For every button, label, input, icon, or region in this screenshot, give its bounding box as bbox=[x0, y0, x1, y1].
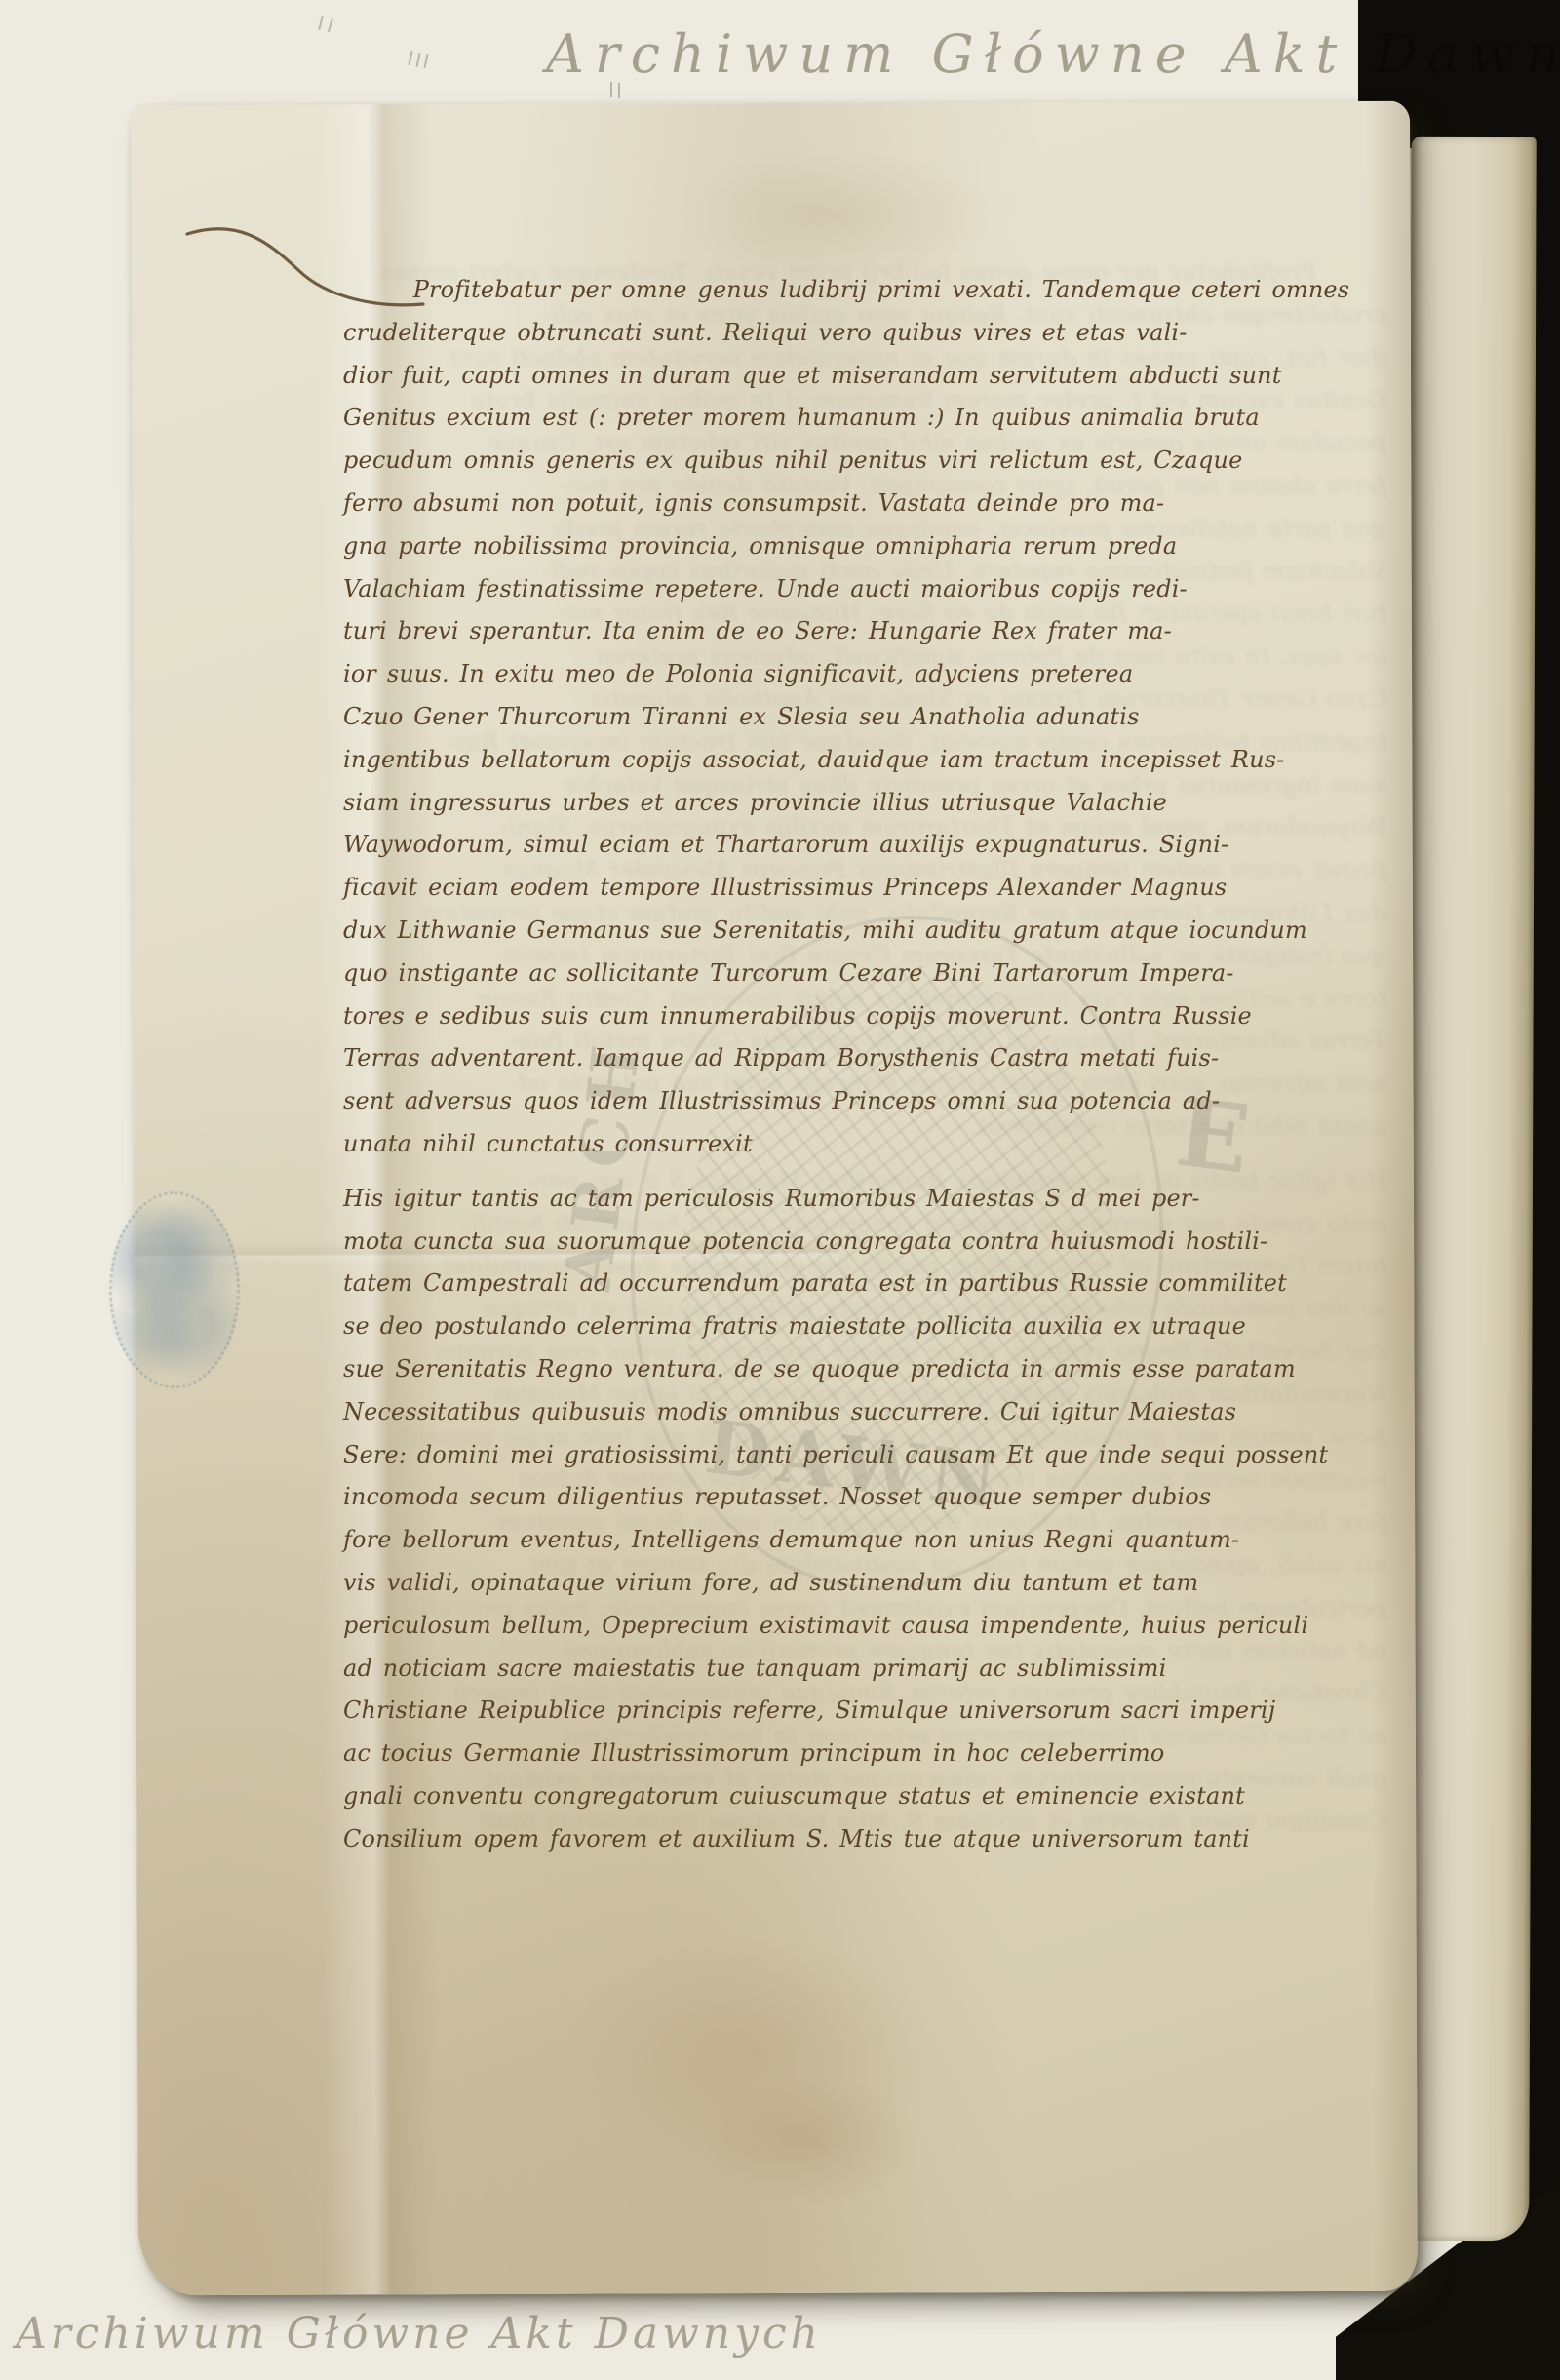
manuscript-line: mota cuncta sua suorumque potencia congr… bbox=[343, 1221, 1394, 1264]
manuscript-line: Genitus excium est (: preter morem human… bbox=[343, 397, 1394, 440]
manuscript-text-block: Profitebatur per omne genus ludibrij pri… bbox=[343, 269, 1398, 1860]
manuscript-line: ingentibus bellatorum copijs associat, d… bbox=[343, 739, 1394, 782]
manuscript-line: His igitur tantis ac tam periculosis Rum… bbox=[343, 1178, 1394, 1221]
paper-stain bbox=[683, 2062, 938, 2219]
archive-watermark-bottom: Archiwum Główne Akt Dawnych bbox=[16, 2309, 822, 2359]
manuscript-line: periculosum bellum, Opeprecium existimav… bbox=[343, 1605, 1394, 1648]
manuscript-line: gna parte nobilissima provincia, omnisqu… bbox=[343, 526, 1394, 568]
round-archive-ink-stamp bbox=[109, 1191, 240, 1388]
manuscript-scan: E ARCH DAWN Profitebatur per omne genus … bbox=[0, 0, 1560, 2380]
manuscript-line: siam ingressurus urbes et arces provinci… bbox=[343, 782, 1394, 825]
manuscript-line: Czuo Gener Thurcorum Tiranni ex Slesia s… bbox=[343, 696, 1394, 739]
manuscript-paragraph: Profitebatur per omne genus ludibrij pri… bbox=[343, 269, 1398, 1166]
manuscript-line: pecudum omnis generis ex quibus nihil pe… bbox=[343, 440, 1394, 483]
manuscript-line: sent adversus quos idem Illustrissimus P… bbox=[343, 1080, 1394, 1123]
manuscript-line: turi brevi sperantur. Ita enim de eo Ser… bbox=[343, 610, 1394, 653]
manuscript-line: Necessitatibus quibusuis modis omnibus s… bbox=[343, 1391, 1394, 1434]
manuscript-line: ac tocius Germanie Illustrissimorum prin… bbox=[343, 1733, 1394, 1775]
manuscript-line: fore bellorum eventus, Intelligens demum… bbox=[343, 1519, 1394, 1562]
manuscript-line: dior fuit, capti omnes in duram que et m… bbox=[343, 355, 1394, 398]
manuscript-line: ferro absumi non potuit, ignis consumpsi… bbox=[343, 483, 1394, 526]
manuscript-line: tatem Campestrali ad occurrendum parata … bbox=[343, 1263, 1394, 1306]
manuscript-line: unata nihil cunctatus consurrexit bbox=[343, 1123, 1398, 1166]
manuscript-line: Sere: domini mei gratiosissimi, tanti pe… bbox=[343, 1434, 1394, 1477]
manuscript-line: Christiane Reipublice principis referre,… bbox=[343, 1690, 1394, 1733]
manuscript-line: Consilium opem favorem et auxilium S. Mt… bbox=[343, 1818, 1394, 1861]
manuscript-line: Profitebatur per omne genus ludibrij pri… bbox=[343, 269, 1394, 312]
manuscript-line: Valachiam festinatissime repetere. Unde … bbox=[343, 568, 1394, 611]
manuscript-line: dux Lithwanie Germanus sue Serenitatis, … bbox=[343, 910, 1394, 953]
manuscript-line: Waywodorum, simul eciam et Thartarorum a… bbox=[343, 824, 1394, 867]
manuscript-line: gnali conventu congregatorum cuiuscumque… bbox=[343, 1775, 1394, 1818]
manuscript-line: se deo postulando celerrima fratris maie… bbox=[343, 1306, 1394, 1348]
manuscript-line: crudeliterque obtruncati sunt. Reliqui v… bbox=[343, 312, 1394, 355]
manuscript-line: incomoda secum diligentius reputasset. N… bbox=[343, 1476, 1394, 1519]
manuscript-paragraph: His igitur tantis ac tam periculosis Rum… bbox=[343, 1178, 1398, 1861]
manuscript-line: vis validi, opinataque virium fore, ad s… bbox=[343, 1562, 1394, 1605]
manuscript-line: Terras adventarent. Iamque ad Rippam Bor… bbox=[343, 1037, 1394, 1080]
manuscript-line: ior suus. In exitu meo de Polonia signif… bbox=[343, 653, 1394, 696]
manuscript-line: quo instigante ac sollicitante Turcorum … bbox=[343, 953, 1394, 995]
manuscript-line: ficavit eciam eodem tempore Illustrissim… bbox=[343, 867, 1394, 910]
manuscript-line: sue Serenitatis Regno ventura. de se quo… bbox=[343, 1348, 1394, 1391]
manuscript-line: ad noticiam sacre maiestatis tue tanquam… bbox=[343, 1648, 1394, 1691]
next-folio-edge bbox=[1404, 137, 1537, 2241]
manuscript-line: tores e sedibus suis cum innumerabilibus… bbox=[343, 995, 1394, 1038]
